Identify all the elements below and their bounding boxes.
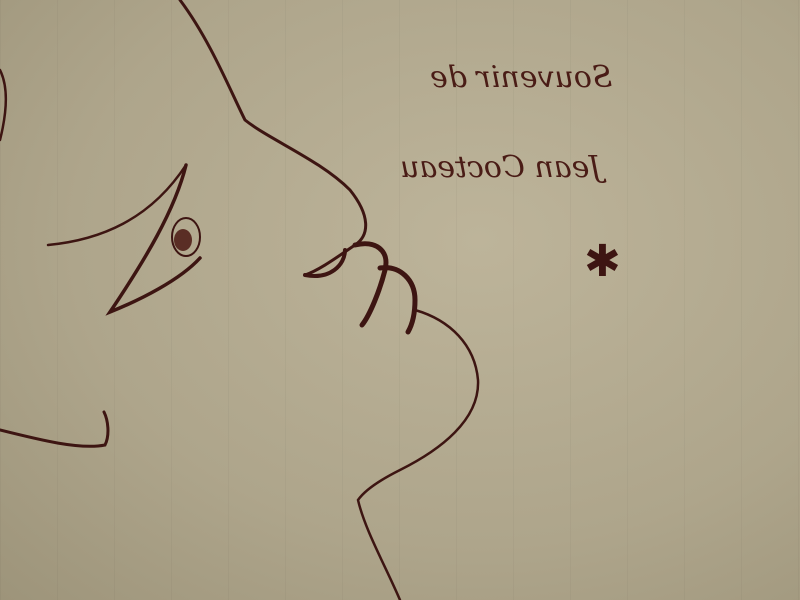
inscription-line1: Souvenir de [430, 60, 612, 95]
chin-line [358, 310, 478, 600]
upper-lip [355, 244, 386, 325]
ear-stroke [0, 70, 6, 140]
eyebrow [48, 165, 186, 245]
sketch-paper: ✱ Souvenir de Jean Cocteau [0, 0, 800, 600]
forehead-nose-line [180, 0, 366, 275]
cheek-line [0, 412, 108, 446]
eye-iris [174, 229, 192, 251]
star-mark: ✱ [584, 236, 621, 287]
inscription-line2: Jean Cocteau [400, 150, 601, 185]
profile-drawing: ✱ [0, 0, 800, 600]
